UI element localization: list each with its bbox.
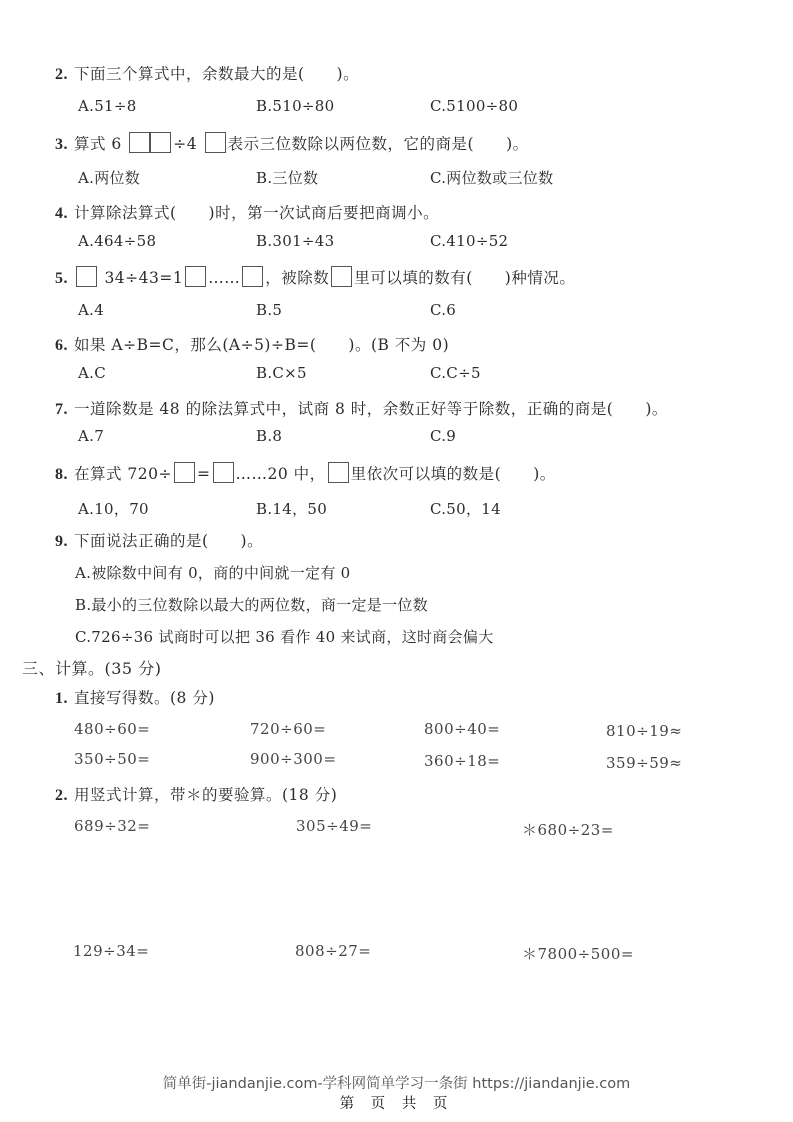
question-9: 9.下面说法正确的是( )。 <box>55 529 263 551</box>
question-number: 4. <box>55 205 68 222</box>
question-2: 2.下面三个算式中，余数最大的是( )。 <box>55 62 359 84</box>
footer-source: 简单街-jiandanjie.com-学科网简单学习一条街 https://ji… <box>0 1072 793 1093</box>
section3-part2-title: 2.用竖式计算，带＊的要验算。(18 分) <box>55 783 337 805</box>
blank-box <box>185 266 206 287</box>
question-stem-b: …… <box>208 269 240 287</box>
part-number: 1. <box>55 690 68 707</box>
q9-option-c: C.726÷36 试商时可以把 36 看作 40 来试商，这时商会偏大 <box>75 626 494 647</box>
question-stem: 下面三个算式中，余数最大的是( )。 <box>74 65 359 83</box>
vertical-calc-item: ＊7800÷500= <box>522 943 634 964</box>
part-title: 用竖式计算，带＊的要验算。(18 分) <box>74 786 337 804</box>
vertical-calc-item: 689÷32= <box>74 817 150 835</box>
question-stem-a: 在算式 720÷ <box>74 465 172 483</box>
oral-calc-item: 480÷60= <box>74 720 150 738</box>
blank-box <box>76 266 97 287</box>
question-number: 3. <box>55 136 68 153</box>
q9-option-b: B.最小的三位数除以最大的两位数，商一定是一位数 <box>75 594 428 615</box>
question-number: 6. <box>55 337 68 354</box>
part-title: 直接写得数。(8 分) <box>74 689 215 707</box>
q6-option-a: A.C <box>78 364 106 382</box>
question-4: 4.计算除法算式( )时，第一次试商后要把商调小。 <box>55 201 439 223</box>
oral-calc-item: 800÷40= <box>424 720 500 738</box>
q8-option-c: C.50，14 <box>430 498 501 519</box>
oral-calc-item: 350÷50= <box>74 750 150 768</box>
q5-option-a: A.4 <box>78 301 104 319</box>
question-stem: 如果 A÷B=C，那么(A÷5)÷B=( )。(B 不为 0) <box>74 336 449 354</box>
vertical-calc-item: ＊680÷23= <box>522 819 614 840</box>
question-stem: 计算除法算式( )时，第一次试商后要把商调小。 <box>74 204 439 222</box>
question-stem-c: ，被除数 <box>265 269 329 287</box>
question-stem-c: ……20 中， <box>236 465 326 483</box>
question-number: 9. <box>55 533 68 550</box>
q4-option-a: A.464÷58 <box>78 232 156 250</box>
q5-option-b: B.5 <box>256 301 282 319</box>
q8-option-a: A.10，70 <box>78 498 149 519</box>
blank-box <box>150 132 171 153</box>
blank-box <box>205 132 226 153</box>
q4-option-b: B.301÷43 <box>256 232 334 250</box>
question-stem-b: = <box>197 465 211 483</box>
question-7: 7.一道除数是 48 的除法算式中，试商 8 时，余数正好等于除数，正确的商是(… <box>55 397 668 419</box>
question-stem: 一道除数是 48 的除法算式中，试商 8 时，余数正好等于除数，正确的商是( )… <box>74 400 668 418</box>
q2-option-c: C.5100÷80 <box>430 97 518 115</box>
question-stem-d: 里可以填的数有( )种情况。 <box>354 269 575 287</box>
question-stem-mid: ÷4 <box>173 135 197 153</box>
question-stem-d: 里依次可以填的数是( )。 <box>351 465 556 483</box>
blank-box <box>242 266 263 287</box>
question-stem-prefix: 算式 6 <box>74 135 122 153</box>
q9-option-a: A.被除数中间有 0，商的中间就一定有 0 <box>75 562 351 583</box>
section-title: 三、计算。(35 分) <box>22 656 161 679</box>
blank-box <box>328 462 349 483</box>
oral-calc-item: 900÷300= <box>250 750 336 768</box>
blank-box <box>331 266 352 287</box>
q3-option-b: B.三位数 <box>256 167 318 188</box>
question-number: 5. <box>55 270 68 287</box>
question-stem: 下面说法正确的是( )。 <box>74 532 263 550</box>
section3-part1-title: 1.直接写得数。(8 分) <box>55 686 215 708</box>
q7-option-a: A.7 <box>78 427 104 445</box>
q3-option-a: A.两位数 <box>78 167 140 188</box>
question-stem-suffix: 表示三位数除以两位数，它的商是( )。 <box>228 135 529 153</box>
blank-box <box>213 462 234 483</box>
vertical-calc-item: 129÷34= <box>73 942 149 960</box>
question-number: 2. <box>55 66 68 83</box>
question-3: 3.算式 6 ÷4 表示三位数除以两位数，它的商是( )。 <box>55 132 529 154</box>
q6-option-b: B.C×5 <box>256 364 307 382</box>
q3-option-c: C.两位数或三位数 <box>430 167 553 188</box>
q2-option-a: A.51÷8 <box>78 97 137 115</box>
q6-option-c: C.C÷5 <box>430 364 481 382</box>
vertical-calc-item: 305÷49= <box>296 817 372 835</box>
q7-option-c: C.9 <box>430 427 456 445</box>
blank-box <box>129 132 150 153</box>
q8-option-b: B.14，50 <box>256 498 327 519</box>
oral-calc-item: 360÷18= <box>424 752 500 770</box>
footer-page-number: 第 页 共 页 <box>0 1092 793 1113</box>
question-number: 7. <box>55 401 68 418</box>
q2-option-b: B.510÷80 <box>256 97 334 115</box>
question-8: 8.在算式 720÷=……20 中，里依次可以填的数是( )。 <box>55 462 556 484</box>
question-5: 5. 34÷43=1……，被除数里可以填的数有( )种情况。 <box>55 266 575 288</box>
oral-calc-item: 720÷60= <box>250 720 326 738</box>
question-number: 8. <box>55 466 68 483</box>
part-number: 2. <box>55 787 68 804</box>
question-6: 6.如果 A÷B=C，那么(A÷5)÷B=( )。(B 不为 0) <box>55 333 449 355</box>
q5-option-c: C.6 <box>430 301 456 319</box>
question-stem-a: 34÷43=1 <box>104 269 183 287</box>
q7-option-b: B.8 <box>256 427 282 445</box>
vertical-calc-item: 808÷27= <box>295 942 371 960</box>
oral-calc-item: 359÷59≈ <box>606 754 682 772</box>
blank-box <box>174 462 195 483</box>
q4-option-c: C.410÷52 <box>430 232 508 250</box>
oral-calc-item: 810÷19≈ <box>606 722 682 740</box>
